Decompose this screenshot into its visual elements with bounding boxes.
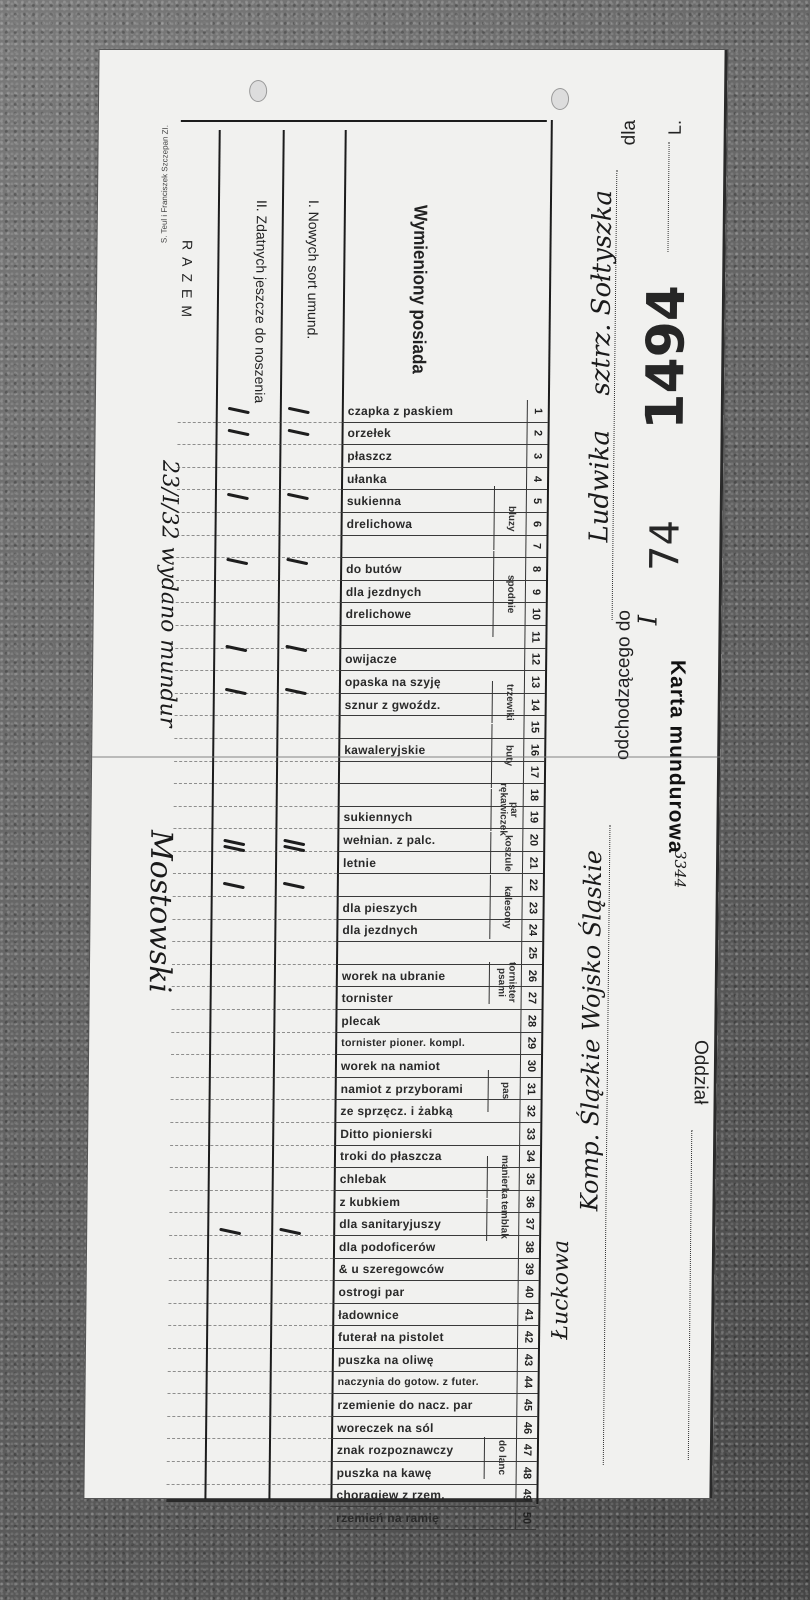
row-number: 39 xyxy=(518,1259,539,1281)
unit-line xyxy=(688,1130,692,1460)
row-number: 29 xyxy=(520,1033,541,1055)
row-number: 17 xyxy=(523,762,544,784)
table-row: ostrogi par40 xyxy=(332,1281,538,1304)
tally-area xyxy=(166,400,342,1530)
table-row: plecak28 xyxy=(335,1010,541,1033)
page-title: Karta mundurowa xyxy=(663,660,689,854)
item-label: Ditto pionierski xyxy=(334,1127,485,1141)
item-label: płaszcz xyxy=(341,449,526,463)
item-label: dla podoficerów xyxy=(333,1240,484,1254)
row-number: 13 xyxy=(524,671,545,693)
tally-row xyxy=(168,1372,332,1395)
tally-row xyxy=(173,829,337,852)
group-label: kalesony xyxy=(489,875,523,939)
tally-row xyxy=(171,1010,335,1033)
row-number: 20 xyxy=(522,829,543,851)
table-row: futerał na pistolet42 xyxy=(332,1326,538,1349)
row-number: 47 xyxy=(516,1439,537,1461)
group-label: buty xyxy=(491,724,525,788)
tally-row xyxy=(176,603,340,626)
tally-row xyxy=(169,1259,333,1282)
item-label: czapka z paskiem xyxy=(342,404,527,418)
row-number: 42 xyxy=(517,1326,538,1348)
row-number: 38 xyxy=(518,1236,539,1258)
item-label: sukiennych xyxy=(337,810,488,824)
stamp-number: 3344 xyxy=(671,850,689,888)
row-number: 40 xyxy=(517,1281,538,1303)
row-number: 7 xyxy=(525,536,546,558)
item-label: ułanka xyxy=(341,472,526,486)
table-row: owijacze12 xyxy=(339,649,545,672)
row-number: 22 xyxy=(522,874,543,896)
row-number: 12 xyxy=(524,649,545,671)
table-row: orzełek2 xyxy=(341,423,547,446)
item-label: naczynia do gotow. z futer. xyxy=(332,1376,517,1388)
row-number: 5 xyxy=(526,490,547,512)
group-label: manierka xyxy=(487,1156,520,1198)
tally-row xyxy=(167,1439,331,1462)
punch-hole xyxy=(551,88,569,110)
row-number: 36 xyxy=(518,1191,539,1213)
tally-row xyxy=(169,1236,333,1259)
handwritten-given-name: Ludwika xyxy=(584,430,615,542)
row-number: 49 xyxy=(515,1485,536,1507)
row-number: 43 xyxy=(517,1349,538,1371)
row-number: 44 xyxy=(517,1372,538,1394)
row-number: 27 xyxy=(521,987,542,1009)
unit-label: Oddział xyxy=(689,1040,712,1104)
row-number: 9 xyxy=(525,581,546,603)
group-label: do lanc xyxy=(484,1437,517,1479)
tally-row xyxy=(175,671,339,694)
group-label: temblak xyxy=(486,1199,519,1241)
row-number: 26 xyxy=(521,965,542,987)
tally-row xyxy=(172,920,336,943)
header-main: Wymieniony posiada xyxy=(407,205,431,374)
row-number: 3 xyxy=(526,445,547,467)
item-label: rzemienie do nacz. par xyxy=(331,1398,516,1412)
handwritten-name: sztrz. Sołtyszka xyxy=(586,190,618,395)
item-label: wełnian. z palc. xyxy=(337,833,488,847)
row-number: 19 xyxy=(522,807,543,829)
item-label: woreczek na sól xyxy=(331,1421,516,1435)
handwritten-destination: Komp. Ślązkie Wojsko Śląskie xyxy=(575,850,607,1211)
table-row: ładownice41 xyxy=(332,1304,538,1327)
row-number: 18 xyxy=(523,784,544,806)
item-label: drelichowa xyxy=(341,517,492,531)
row-number: 15 xyxy=(523,716,544,738)
handwritten-number-small: 74 xyxy=(642,520,689,571)
item-label: owijacze xyxy=(339,652,524,666)
row-number: 37 xyxy=(518,1213,539,1235)
group-label: koszule xyxy=(490,832,523,874)
group-label: par rękawiczek xyxy=(490,789,523,831)
table-row: chorągiew z rzem.49 xyxy=(330,1485,536,1508)
row-number: 28 xyxy=(520,1010,541,1032)
row-number: 35 xyxy=(519,1168,540,1190)
tally-row xyxy=(171,1055,335,1078)
header-usable-items: II. Zdatnych jeszcze do noszenia xyxy=(234,200,270,403)
item-label: kawaleryjskie xyxy=(338,743,489,757)
item-label: sukienna xyxy=(341,494,492,508)
row-number: 30 xyxy=(520,1055,541,1077)
item-label: ze sprzęcz. i żabką xyxy=(334,1104,485,1118)
table-row: rzemienie do nacz. par45 xyxy=(331,1394,537,1417)
item-label: puszka na oliwę xyxy=(332,1353,517,1367)
uniform-card: L. dla sztrz. Sołtyszka Ludwika 1494 74 … xyxy=(84,50,727,1498)
tally-row xyxy=(169,1191,333,1214)
item-label: dla sanitaryjuszy xyxy=(333,1217,484,1231)
tally-row xyxy=(176,536,340,559)
row-number: 50 xyxy=(515,1507,536,1529)
tally-row xyxy=(168,1349,332,1372)
tally-row xyxy=(168,1281,332,1304)
item-label: chorągiew z rzem. xyxy=(330,1488,481,1502)
row-number: 11 xyxy=(524,626,545,648)
tally-row xyxy=(167,1417,331,1440)
item-label: ostrogi par xyxy=(333,1285,518,1299)
tally-row xyxy=(166,1507,330,1530)
group-label: bluzy xyxy=(493,486,527,550)
tally-row xyxy=(171,1078,335,1101)
tally-row xyxy=(175,649,339,672)
departing-to-label: odchodzącego do xyxy=(612,610,636,760)
tally-row xyxy=(177,445,341,468)
item-label: drelichowe xyxy=(340,607,491,621)
row-number: 32 xyxy=(519,1100,540,1122)
row-number: 33 xyxy=(519,1123,540,1145)
row-number: 8 xyxy=(525,558,546,580)
table-row: płaszcz3 xyxy=(341,445,547,468)
tally-row xyxy=(168,1304,332,1327)
item-label: tornister pioner. kompl. xyxy=(335,1037,520,1049)
handwritten-place: Łuckowa xyxy=(548,1240,574,1340)
row-number: 2 xyxy=(526,423,547,445)
tally-row xyxy=(174,762,338,785)
tally-row xyxy=(177,490,341,513)
table-row: Ditto pionierski33 xyxy=(334,1123,540,1146)
row-number: 31 xyxy=(520,1078,541,1100)
item-label: sznur z gwoźdz. xyxy=(339,698,490,712)
table-row: puszka na oliwę43 xyxy=(332,1349,538,1372)
header-new-items: I. Nowych sort umund. xyxy=(305,200,322,339)
group-label: spodnie xyxy=(492,551,526,636)
tally-row xyxy=(176,581,340,604)
row-number: 34 xyxy=(519,1146,540,1168)
tally-row xyxy=(174,784,338,807)
item-label: dla jezdnych xyxy=(336,923,487,937)
number-label: L. xyxy=(665,120,686,135)
row-number: 41 xyxy=(517,1304,538,1326)
row-number: 4 xyxy=(526,468,547,490)
tally-row xyxy=(172,897,336,920)
row-number: 48 xyxy=(516,1462,537,1484)
number-line xyxy=(667,142,669,252)
item-label: letnie xyxy=(337,856,488,870)
tally-row xyxy=(178,400,342,423)
item-label: futerał na pistolet xyxy=(332,1330,517,1344)
item-label: tornister xyxy=(336,991,487,1005)
table-row: naczynia do gotow. z futer.44 xyxy=(332,1372,538,1395)
tally-row xyxy=(177,423,341,446)
group-label: trzewiki xyxy=(492,681,525,723)
row-number: 6 xyxy=(526,513,547,535)
tally-row xyxy=(175,626,339,649)
tally-row xyxy=(172,987,336,1010)
row-number: 45 xyxy=(516,1394,537,1416)
header-total: RAZEM xyxy=(179,240,196,324)
item-label: do butów xyxy=(340,562,491,576)
row-number: 1 xyxy=(527,400,548,422)
tally-row xyxy=(168,1326,332,1349)
row-number: 24 xyxy=(521,920,542,942)
tally-row xyxy=(170,1100,334,1123)
tally-row xyxy=(177,468,341,491)
tally-row xyxy=(167,1462,331,1485)
tally-row xyxy=(166,1485,330,1508)
handwritten-roman: I xyxy=(634,615,664,625)
table-row: czapka z paskiem1 xyxy=(342,400,548,423)
item-label: orzełek xyxy=(341,426,526,440)
tally-row xyxy=(170,1168,334,1191)
tally-row xyxy=(173,807,337,830)
group-label: pas xyxy=(487,1070,520,1112)
tally-row xyxy=(172,942,336,965)
tally-row xyxy=(173,852,337,875)
item-label: & u szeregowców xyxy=(333,1262,484,1276)
item-label: dla pieszych xyxy=(337,901,488,915)
row-number: 25 xyxy=(521,942,542,964)
table-row: tornister pioner. kompl.29 xyxy=(335,1033,541,1056)
tally-row xyxy=(172,965,336,988)
tally-row xyxy=(176,513,340,536)
tally-row xyxy=(170,1123,334,1146)
item-label: z kubkiem xyxy=(333,1195,484,1209)
tally-row xyxy=(174,739,338,762)
tally-row xyxy=(174,716,338,739)
tally-row xyxy=(173,874,337,897)
item-label: rzemień na ramię xyxy=(330,1511,481,1525)
tally-row xyxy=(171,1033,335,1056)
item-label: ładownice xyxy=(332,1308,517,1322)
row-number: 16 xyxy=(523,739,544,761)
tally-row xyxy=(170,1146,334,1169)
tally-row xyxy=(176,558,340,581)
row-number: 14 xyxy=(524,694,545,716)
row-number: 10 xyxy=(525,603,546,625)
item-list: czapka z paskiem1orzełek2płaszcz3ułanka4… xyxy=(330,400,548,1530)
row-number: 46 xyxy=(516,1417,537,1439)
punch-hole xyxy=(249,80,267,102)
row-number: 21 xyxy=(522,852,543,874)
tally-row xyxy=(175,694,339,717)
tally-row xyxy=(169,1213,333,1236)
group-label: tornister psami xyxy=(489,962,522,1004)
inventory-table: Wymieniony posiada I. Nowych sort umund.… xyxy=(105,120,547,1480)
handwritten-number-large: 1494 xyxy=(636,285,698,430)
item-label: plecak xyxy=(335,1014,486,1028)
item-label: dla jezdnych xyxy=(340,585,491,599)
for-label: dla xyxy=(619,120,641,145)
tally-row xyxy=(167,1394,331,1417)
table-row: & u szeregowców39 xyxy=(333,1259,539,1282)
row-number: 23 xyxy=(521,897,542,919)
table-row: rzemień na ramię50 xyxy=(330,1507,536,1530)
